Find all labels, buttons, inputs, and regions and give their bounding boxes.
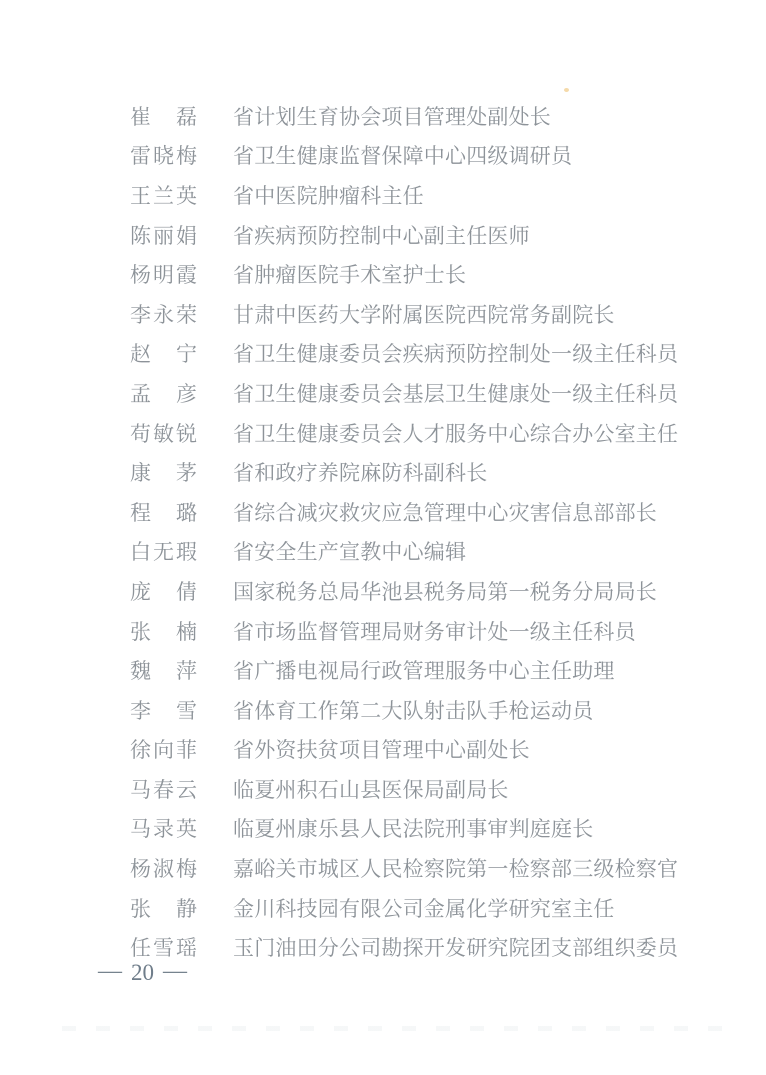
person-name: 魏 萍 <box>130 655 200 685</box>
scan-artifact-speck <box>564 88 569 92</box>
scan-artifact-smudge <box>62 1026 742 1031</box>
person-title: 省卫生健康委员会人才服务中心综合办公室主任 <box>233 418 678 448</box>
person-name: 马录英 <box>130 813 200 843</box>
list-item: 康 茅 省和政疗养院麻防科副科长 <box>130 452 726 492</box>
person-name: 杨明霞 <box>130 259 200 289</box>
person-title: 省外资扶贫项目管理中心副处长 <box>233 734 530 764</box>
list-item: 赵 宁 省卫生健康委员会疾病预防控制处一级主任科员 <box>130 334 726 374</box>
footer-dash-right: — <box>163 958 187 985</box>
person-name: 苟敏锐 <box>130 418 200 448</box>
person-name: 马春云 <box>130 774 200 804</box>
list-item: 程 璐 省综合减灾救灾应急管理中心灾害信息部部长 <box>130 492 726 532</box>
list-item: 杨明霞 省肿瘤医院手术室护士长 <box>130 254 726 294</box>
person-name: 白无瑕 <box>130 536 200 566</box>
page-footer: — 20 — <box>98 960 187 987</box>
list-item: 孟 彦 省卫生健康委员会基层卫生健康处一级主任科员 <box>130 373 726 413</box>
person-title: 省体育工作第二大队射击队手枪运动员 <box>233 695 593 725</box>
person-name: 庞 倩 <box>130 576 200 606</box>
person-name: 李 雪 <box>130 695 200 725</box>
list-item: 苟敏锐 省卫生健康委员会人才服务中心综合办公室主任 <box>130 413 726 453</box>
person-name: 张 静 <box>130 893 200 923</box>
list-item: 张 楠 省市场监督管理局财务审计处一级主任科员 <box>130 611 726 651</box>
person-name: 赵 宁 <box>130 338 200 368</box>
list-item: 马录英 临夏州康乐县人民法院刑事审判庭庭长 <box>130 809 726 849</box>
person-title: 省计划生育协会项目管理处副处长 <box>233 101 551 131</box>
person-title: 省广播电视局行政管理服务中心主任助理 <box>233 655 615 685</box>
page-number: 20 <box>131 960 154 986</box>
list-item: 庞 倩 国家税务总局华池县税务局第一税务分局局长 <box>130 571 726 611</box>
person-title: 省肿瘤医院手术室护士长 <box>233 259 466 289</box>
person-name: 李永荣 <box>130 299 200 329</box>
person-title: 金川科技园有限公司金属化学研究室主任 <box>233 893 615 923</box>
person-title: 嘉峪关市城区人民检察院第一检察部三级检察官 <box>233 853 678 883</box>
person-title: 省卫生健康委员会疾病预防控制处一级主任科员 <box>233 338 678 368</box>
list-item: 马春云 临夏州积石山县医保局副局长 <box>130 769 726 809</box>
person-name: 康 茅 <box>130 457 200 487</box>
list-item: 李永荣 甘肃中医药大学附属医院西院常务副院长 <box>130 294 726 334</box>
list-item: 李 雪 省体育工作第二大队射击队手枪运动员 <box>130 690 726 730</box>
list-item: 崔 磊 省计划生育协会项目管理处副处长 <box>130 96 726 136</box>
person-name: 程 璐 <box>130 497 200 527</box>
list-item: 雷晓梅 省卫生健康监督保障中心四级调研员 <box>130 136 726 176</box>
person-title: 临夏州积石山县医保局副局长 <box>233 774 509 804</box>
person-title: 省卫生健康委员会基层卫生健康处一级主任科员 <box>233 378 678 408</box>
person-title: 省安全生产宣教中心编辑 <box>233 536 466 566</box>
roster-list: 崔 磊 省计划生育协会项目管理处副处长 雷晓梅 省卫生健康监督保障中心四级调研员… <box>130 96 726 967</box>
footer-dash-left: — <box>98 958 122 985</box>
document-page: 崔 磊 省计划生育协会项目管理处副处长 雷晓梅 省卫生健康监督保障中心四级调研员… <box>0 0 766 1075</box>
person-title: 省疾病预防控制中心副主任医师 <box>233 220 530 250</box>
person-name: 王兰英 <box>130 180 200 210</box>
person-title: 玉门油田分公司勘探开发研究院团支部组织委员 <box>233 932 678 962</box>
person-title: 省和政疗养院麻防科副科长 <box>233 457 487 487</box>
person-name: 崔 磊 <box>130 101 200 131</box>
list-item: 徐向菲 省外资扶贫项目管理中心副处长 <box>130 730 726 770</box>
list-item: 白无瑕 省安全生产宣教中心编辑 <box>130 532 726 572</box>
person-name: 张 楠 <box>130 616 200 646</box>
person-name: 孟 彦 <box>130 378 200 408</box>
list-item: 魏 萍 省广播电视局行政管理服务中心主任助理 <box>130 650 726 690</box>
person-title: 省中医院肿瘤科主任 <box>233 180 424 210</box>
person-name: 陈丽娟 <box>130 220 200 250</box>
list-item: 陈丽娟 省疾病预防控制中心副主任医师 <box>130 215 726 255</box>
list-item: 杨淑梅 嘉峪关市城区人民检察院第一检察部三级检察官 <box>130 848 726 888</box>
person-title: 省市场监督管理局财务审计处一级主任科员 <box>233 616 636 646</box>
person-title: 省卫生健康监督保障中心四级调研员 <box>233 140 572 170</box>
list-item: 王兰英 省中医院肿瘤科主任 <box>130 175 726 215</box>
person-title: 省综合减灾救灾应急管理中心灾害信息部部长 <box>233 497 657 527</box>
person-title: 甘肃中医药大学附属医院西院常务副院长 <box>233 299 615 329</box>
person-title: 临夏州康乐县人民法院刑事审判庭庭长 <box>233 813 593 843</box>
person-name: 徐向菲 <box>130 734 200 764</box>
person-title: 国家税务总局华池县税务局第一税务分局局长 <box>233 576 657 606</box>
list-item: 任雪瑶 玉门油田分公司勘探开发研究院团支部组织委员 <box>130 927 726 967</box>
person-name: 雷晓梅 <box>130 140 200 170</box>
list-item: 张 静 金川科技园有限公司金属化学研究室主任 <box>130 888 726 928</box>
person-name: 杨淑梅 <box>130 853 200 883</box>
